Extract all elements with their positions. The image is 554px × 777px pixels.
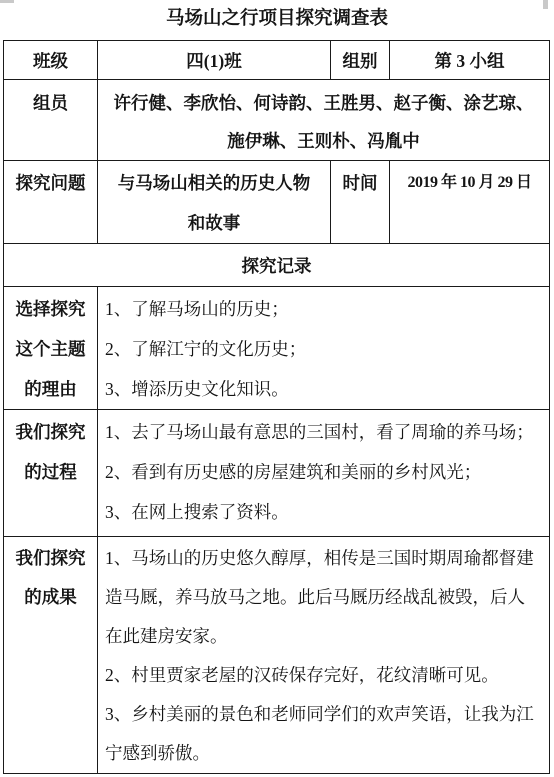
row-members: 组员 许行健、李欣怡、何诗韵、王胜男、赵子衡、涂艺琼、 施伊琳、王则朴、冯胤中: [4, 80, 550, 161]
label-line: 的过程: [4, 452, 97, 492]
time-label-cell: 时间: [331, 161, 390, 244]
row-results: 我们探究 的成果 1、马场山的历史悠久醇厚，相传是三国时期周瑜都督建造马厩，养马…: [4, 537, 550, 774]
members-label-cell: 组员: [4, 80, 98, 161]
members-line: 许行健、李欣怡、何诗韵、王胜男、赵子衡、涂艺琼、: [98, 84, 549, 122]
question-line: 和故事: [98, 203, 330, 243]
screen-edge-artifact-right: [543, 0, 548, 9]
survey-document-page: 马场山之行项目探究调查表 班级 四(1)班 组别 第 3 小组 组员 许行健、李…: [0, 0, 554, 777]
reason-item: 2、了解江宁的文化历史；: [105, 329, 538, 369]
label-line: 我们探究: [4, 539, 97, 578]
process-item: 1、去了马场山最有意思的三国村，看了周瑜的养马场；: [105, 412, 538, 452]
document-title: 马场山之行项目探究调查表: [0, 0, 554, 32]
members-value-cell: 许行健、李欣怡、何诗韵、王胜男、赵子衡、涂艺琼、 施伊琳、王则朴、冯胤中: [98, 80, 550, 161]
label-line: 的理由: [4, 369, 97, 409]
label-line: 的成果: [4, 578, 97, 617]
label-line: 这个主题: [4, 329, 97, 369]
group-value-cell: 第 3 小组: [390, 41, 550, 80]
class-value-cell: 四(1)班: [98, 41, 331, 80]
group-label-cell: 组别: [331, 41, 390, 80]
results-content-cell: 1、马场山的历史悠久醇厚，相传是三国时期周瑜都督建造马厩，养马放马之地。此后马厩…: [98, 537, 550, 774]
label-line: 我们探究: [4, 412, 97, 452]
results-item: 2、村里贾家老屋的汉砖保存完好，花纹清晰可见。: [105, 656, 538, 695]
row-record-header: 探究记录: [4, 244, 550, 287]
question-label-cell: 探究问题: [4, 161, 98, 244]
process-label-cell: 我们探究 的过程: [4, 410, 98, 537]
reason-label-cell: 选择探究 这个主题 的理由: [4, 287, 98, 410]
time-value-cell: 2019 年 10 月 29 日: [390, 161, 550, 244]
reason-item: 3、增添历史文化知识。: [105, 369, 538, 409]
results-label-cell: 我们探究 的成果: [4, 537, 98, 774]
row-process: 我们探究 的过程 1、去了马场山最有意思的三国村，看了周瑜的养马场； 2、看到有…: [4, 410, 550, 537]
question-line: 与马场山相关的历史人物: [98, 163, 330, 203]
process-item: 3、在网上搜索了资料。: [105, 492, 538, 532]
results-item: 1、马场山的历史悠久醇厚，相传是三国时期周瑜都督建造马厩，养马放马之地。此后马厩…: [105, 539, 538, 656]
results-item: 3、乡村美丽的景色和老师同学们的欢声笑语，让我为江宁感到骄傲。: [105, 695, 538, 773]
question-value-cell: 与马场山相关的历史人物 和故事: [98, 161, 331, 244]
members-line: 施伊琳、王则朴、冯胤中: [98, 122, 549, 160]
row-class-group: 班级 四(1)班 组别 第 3 小组: [4, 41, 550, 80]
class-label-cell: 班级: [4, 41, 98, 80]
record-header-cell: 探究记录: [4, 244, 550, 287]
reason-content-cell: 1、了解马场山的历史； 2、了解江宁的文化历史； 3、增添历史文化知识。: [98, 287, 550, 410]
survey-table: 班级 四(1)班 组别 第 3 小组 组员 许行健、李欣怡、何诗韵、王胜男、赵子…: [3, 40, 550, 774]
label-line: 选择探究: [4, 289, 97, 329]
reason-item: 1、了解马场山的历史；: [105, 289, 538, 329]
row-reason: 选择探究 这个主题 的理由 1、了解马场山的历史； 2、了解江宁的文化历史； 3…: [4, 287, 550, 410]
screen-edge-artifact-left: [0, 0, 14, 3]
row-question-time: 探究问题 与马场山相关的历史人物 和故事 时间 2019 年 10 月 29 日: [4, 161, 550, 244]
process-content-cell: 1、去了马场山最有意思的三国村，看了周瑜的养马场； 2、看到有历史感的房屋建筑和…: [98, 410, 550, 537]
process-item: 2、看到有历史感的房屋建筑和美丽的乡村风光；: [105, 452, 538, 492]
